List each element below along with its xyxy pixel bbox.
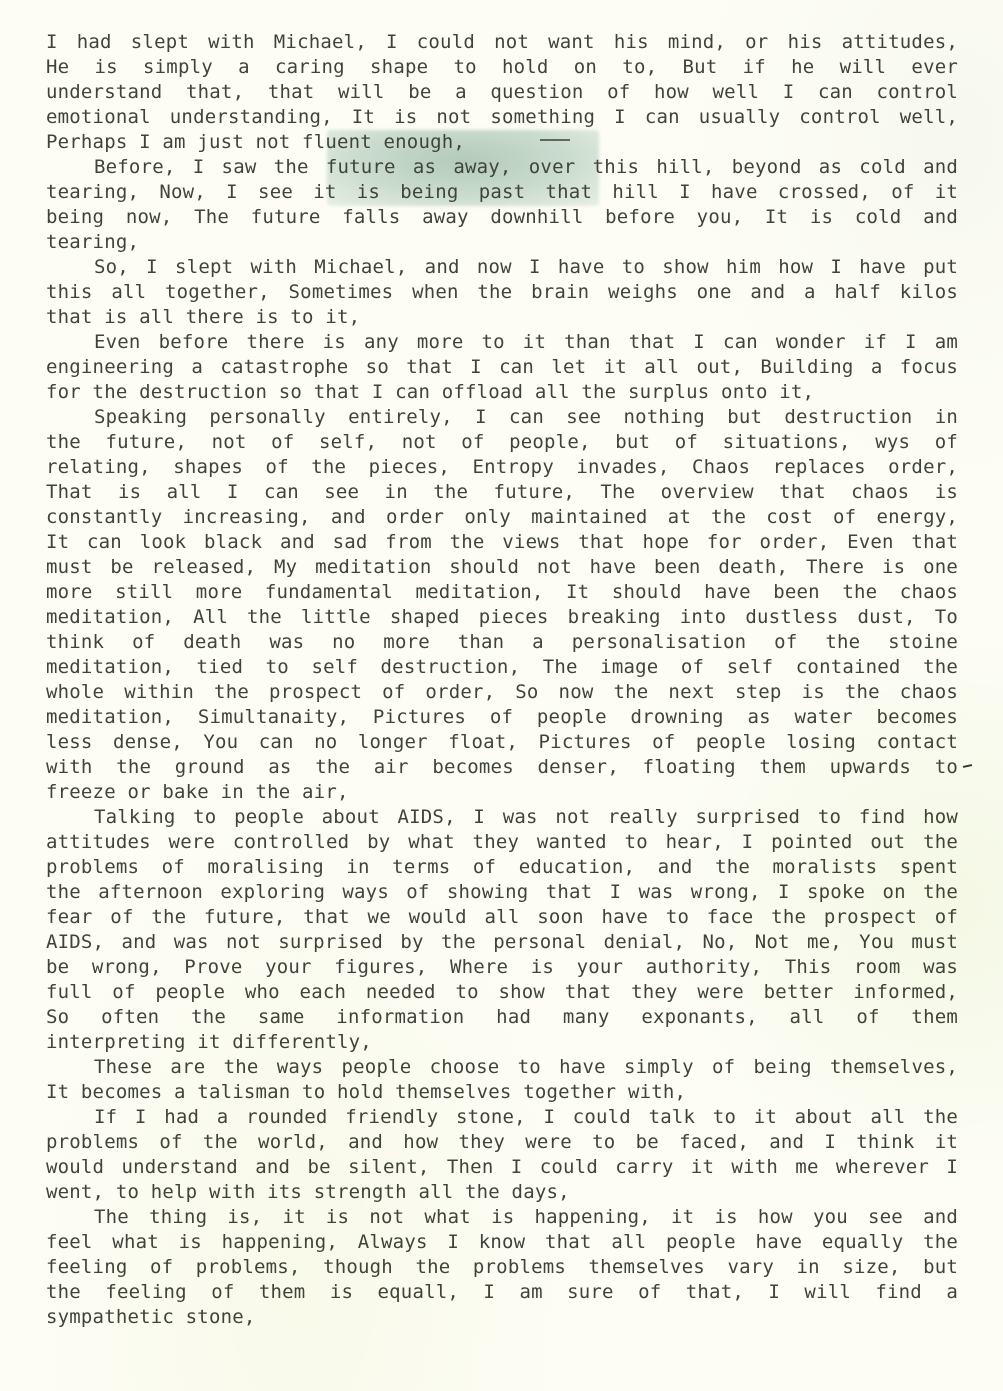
text-line: interpreting it differently, [46, 1030, 958, 1055]
text-line: with the ground as the air becomes dense… [46, 755, 958, 780]
text-line: more still more fundamental meditation, … [46, 580, 958, 605]
text-line: It becomes a talisman to hold themselves… [46, 1080, 958, 1105]
text-line: So often the same information had many e… [46, 1005, 958, 1030]
text-line: the afternoon exploring ways of showing … [46, 880, 958, 905]
text-line: the future, not of self, not of people, … [46, 430, 958, 455]
text-line: Talking to people about AIDS, I was not … [94, 805, 958, 830]
text-line: emotional understanding, It is not somet… [46, 105, 958, 130]
text-line: sympathetic stone, [46, 1305, 958, 1330]
margin-pen-mark [963, 764, 972, 768]
text-line: understand that, that will be a question… [46, 80, 958, 105]
text-line: If I had a rounded friendly stone, I cou… [94, 1105, 958, 1130]
text-line: These are the ways people choose to have… [94, 1055, 958, 1080]
text-line: tearing, Now, I see it is being past tha… [46, 180, 958, 205]
text-line: feel what is happening, Always I know th… [46, 1230, 958, 1255]
text-line: He is simply a caring shape to hold on t… [46, 55, 958, 80]
text-line: problems of moralising in terms of educa… [46, 855, 958, 880]
text-line: less dense, You can no longer float, Pic… [46, 730, 958, 755]
text-line: full of people who each needed to show t… [46, 980, 958, 1005]
text-line: be wrong, Prove your figures, Where is y… [46, 955, 958, 980]
text-line: meditation, All the little shaped pieces… [46, 605, 958, 630]
text-line: would understand and be silent, Then I c… [46, 1155, 958, 1180]
text-line: must be released, My meditation should n… [46, 555, 958, 580]
text-line: this all together, Sometimes when the br… [46, 280, 958, 305]
text-line: Before, I saw the future as away, over t… [94, 155, 958, 180]
scanned-page: I had slept with Michael, I could not wa… [0, 0, 1003, 1391]
text-line: Perhaps I am just not fluent enough, [46, 130, 958, 155]
text-line: for the destruction so that I can offloa… [46, 380, 958, 405]
text-line: tearing, [46, 230, 958, 255]
text-line: meditation, Simultanaity, Pictures of pe… [46, 705, 958, 730]
text-line: problems of the world, and how they were… [46, 1130, 958, 1155]
text-line: attitudes were controlled by what they w… [46, 830, 958, 855]
text-line: engineering a catastrophe so that I can … [46, 355, 958, 380]
text-line: fear of the future, that we would all so… [46, 905, 958, 930]
text-line: relating, shapes of the pieces, Entropy … [46, 455, 958, 480]
text-line: constantly increasing, and order only ma… [46, 505, 958, 530]
text-line: meditation, tied to self destruction, Th… [46, 655, 958, 680]
text-line: went, to help with its strength all the … [46, 1180, 958, 1205]
text-line: It can look black and sad from the views… [46, 530, 958, 555]
text-line: freeze or bake in the air, [46, 780, 958, 805]
text-line: I had slept with Michael, I could not wa… [46, 30, 958, 55]
text-line: The thing is, it is not what is happenin… [94, 1205, 958, 1230]
text-line: Even before there is any more to it than… [94, 330, 958, 355]
text-line: That is all I can see in the future, The… [46, 480, 958, 505]
text-line: think of death was no more than a person… [46, 630, 958, 655]
text-line: AIDS, and was not surprised by the perso… [46, 930, 958, 955]
text-line: feeling of problems, though the problems… [46, 1255, 958, 1280]
text-line: being now, The future falls away downhil… [46, 205, 958, 230]
text-line: So, I slept with Michael, and now I have… [94, 255, 958, 280]
text-line: whole within the prospect of order, So n… [46, 680, 958, 705]
text-line: the feeling of them is equall, I am sure… [46, 1280, 958, 1305]
text-line: that is all there is to it, [46, 305, 958, 330]
text-line: Speaking personally entirely, I can see … [94, 405, 958, 430]
